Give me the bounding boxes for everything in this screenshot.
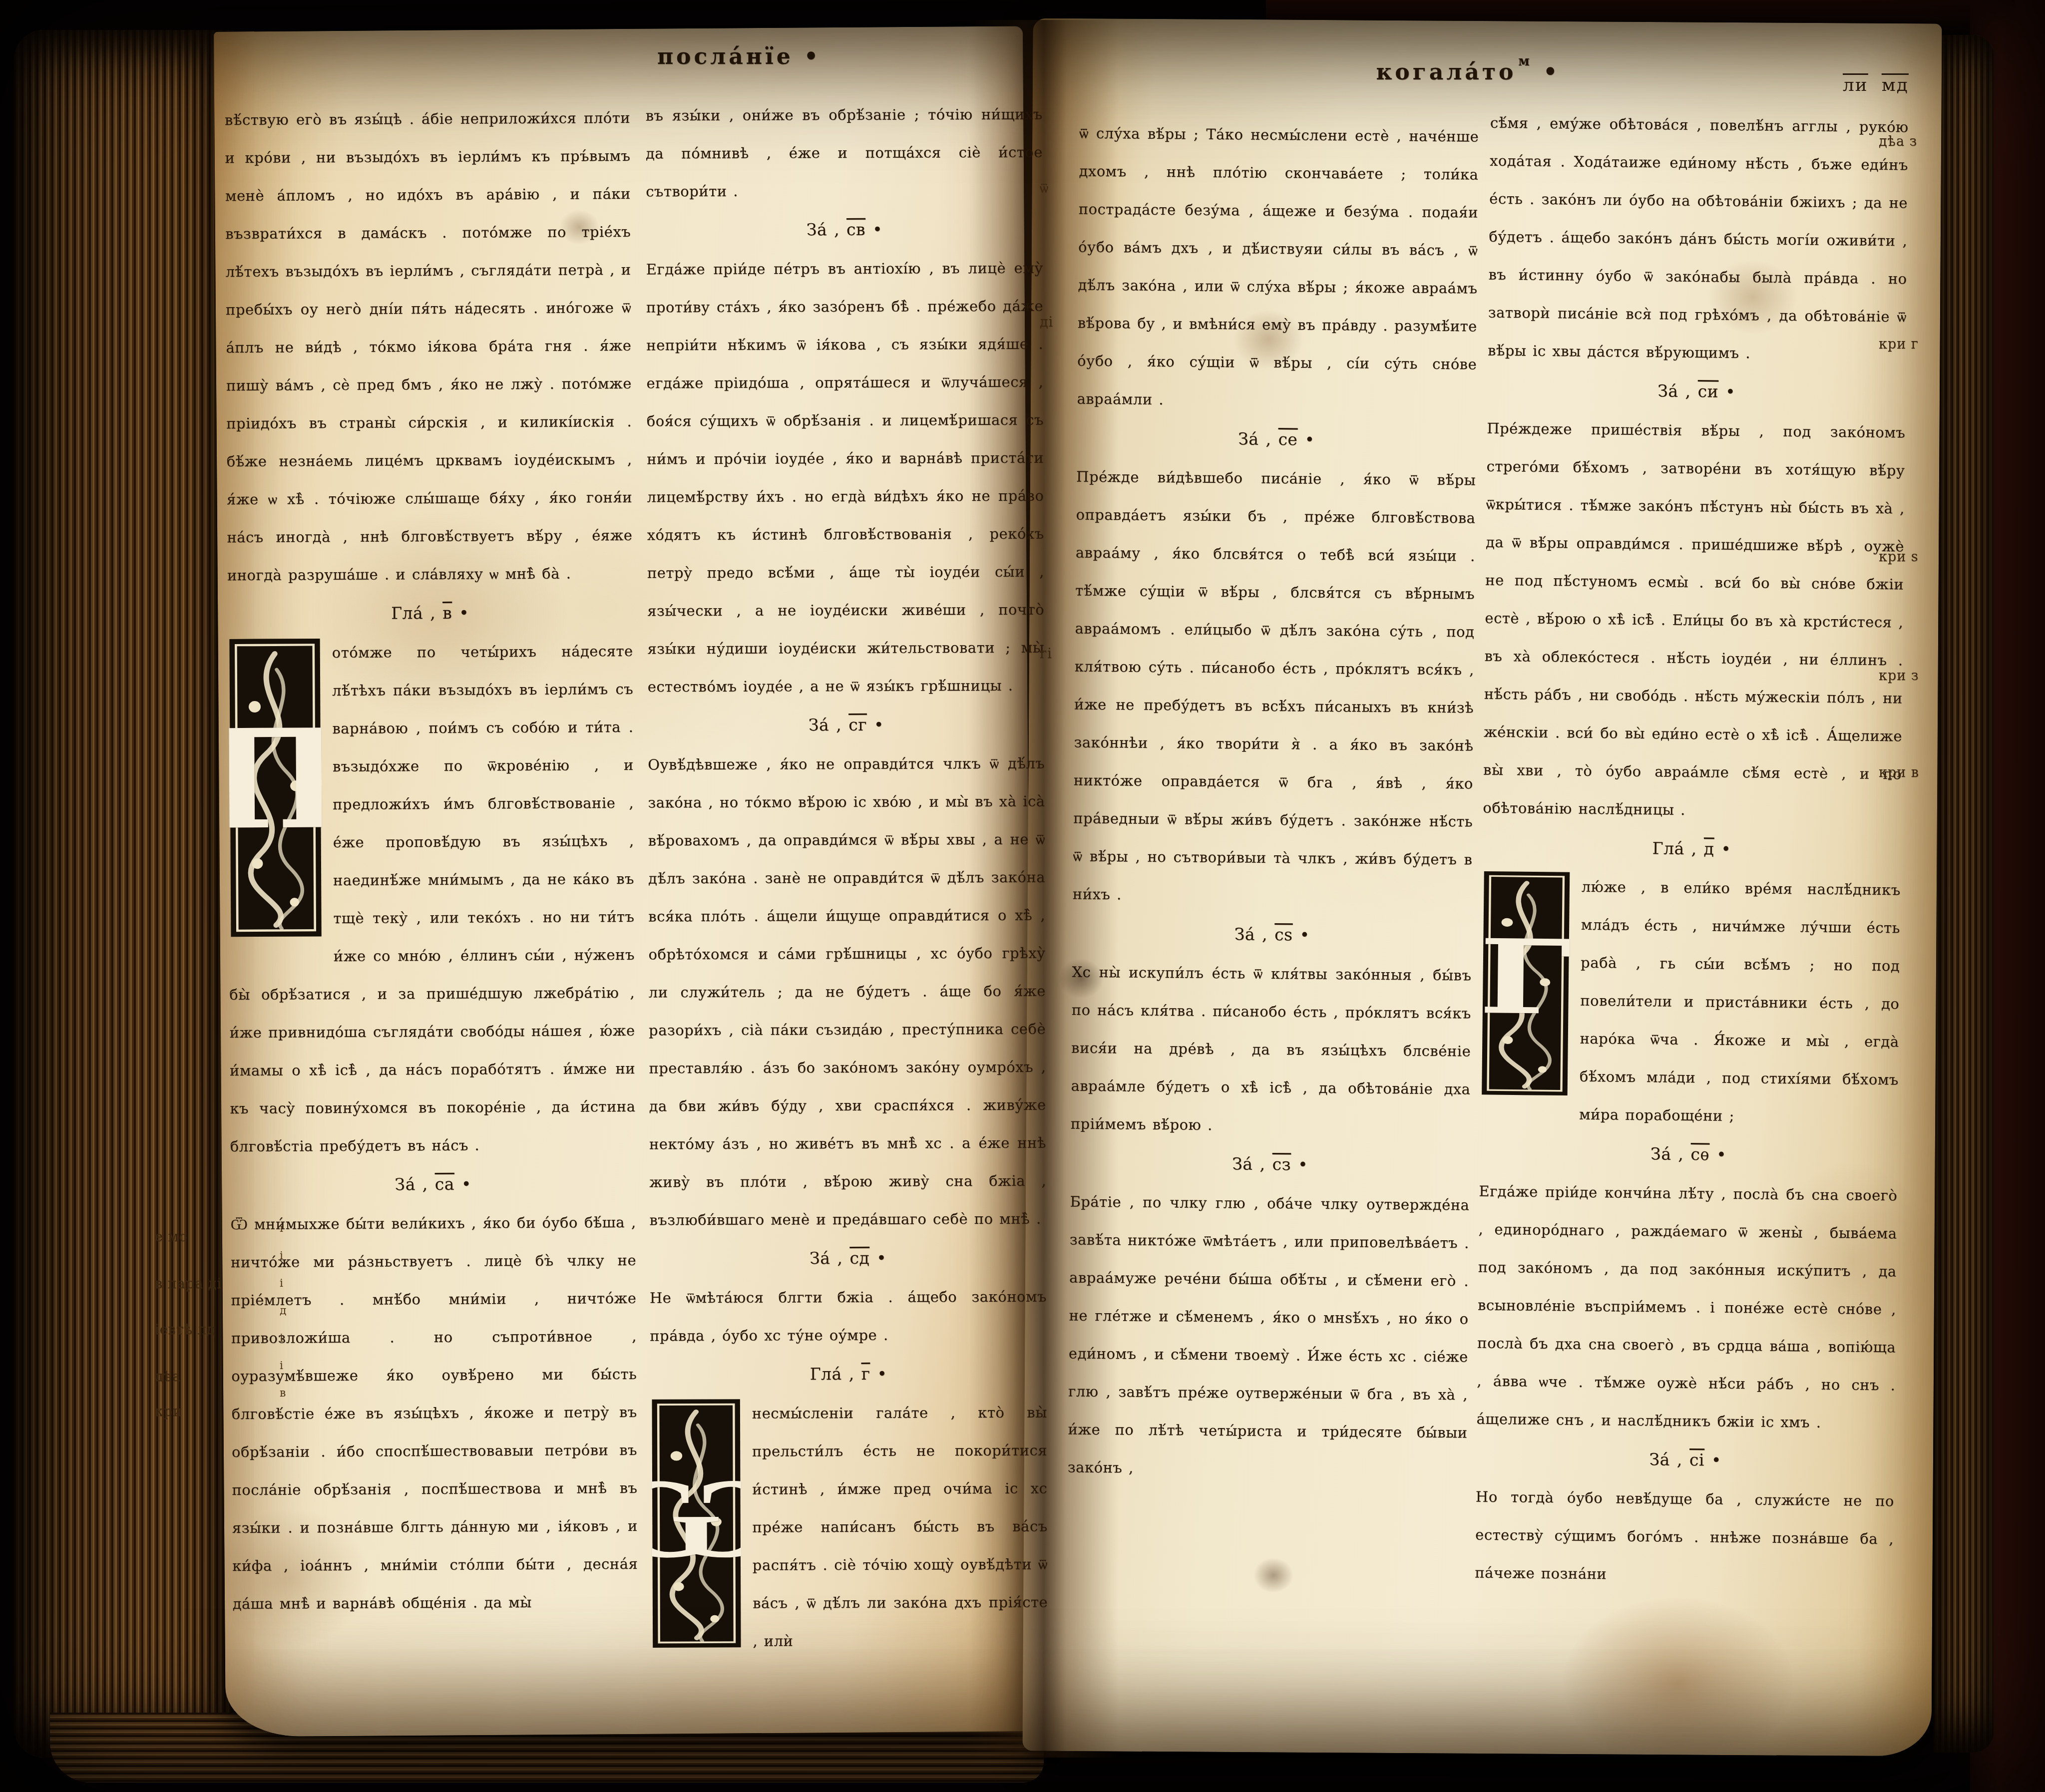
margin-tick: і bbox=[280, 1332, 287, 1345]
text-paragraph: вѣ́ствую его̀ въ язы́цѣ . а́біе неприлож… bbox=[225, 99, 633, 594]
left-page-column-2: въ язы́ки , они́же въ обрѣ́заніе ; то́чі… bbox=[646, 95, 1048, 1655]
margin-note: гі bbox=[1040, 646, 1052, 662]
margin-tick: і bbox=[280, 1360, 287, 1372]
margin-note: е мо bbox=[155, 1229, 188, 1245]
initial-paragraph: Глю́же , в ели́ко вре́мя наслѣ́дникъ мла… bbox=[1480, 867, 1901, 1137]
folio-mark-right: мд bbox=[1882, 75, 1909, 95]
margin-note: дѣа bbox=[155, 1369, 181, 1385]
text-paragraph: Бра́тіе , по члку глю , оба́че члку оутв… bbox=[1068, 1182, 1470, 1489]
folio-mark: ли мд bbox=[1843, 75, 1909, 95]
margin-note: кри bbox=[155, 1404, 182, 1420]
text-paragraph: въ язы́ки , они́же въ обрѣ́заніе ; то́чі… bbox=[646, 95, 1043, 211]
margin-note: кри з bbox=[1879, 668, 1919, 684]
zachalo-heading: За́ , св • bbox=[646, 210, 1043, 250]
svg-text:Ѡ: Ѡ bbox=[651, 1450, 742, 1584]
right-running-header-text: когала́то bbox=[1376, 59, 1517, 85]
woodcut-initial-Ѡ: Ѡ bbox=[651, 1399, 742, 1649]
chapter-heading: Гла́ , г • bbox=[650, 1355, 1047, 1394]
right-page-column-2: сѣ́мя , ему́же обѣтова́ся , повелѣ́нъ аг… bbox=[1474, 104, 1909, 1649]
book-photo: посла́нїе • когала́том • ли мд вѣ́ствую … bbox=[0, 0, 2045, 1792]
svg-text:Г: Г bbox=[1481, 916, 1571, 1038]
header-bullet: • bbox=[1543, 59, 1560, 85]
text-paragraph: Пре́ждеже прише́ствія вѣ́ры , под зако́н… bbox=[1483, 409, 1906, 831]
margin-note: ѿ bbox=[1040, 181, 1049, 196]
zachalo-heading: За́ , сз • bbox=[1070, 1143, 1470, 1185]
margin-note: кри г bbox=[1879, 337, 1919, 352]
zachalo-heading: За́ , се • bbox=[1077, 419, 1477, 460]
zachalo-heading: За́ , са • bbox=[230, 1164, 636, 1204]
left-margin-tick-column: ііідіів bbox=[280, 1222, 287, 1400]
margin-note: кри в bbox=[1879, 765, 1919, 780]
margin-tick: і bbox=[280, 1250, 287, 1262]
margin-note: іевтѣ лд bbox=[155, 1322, 215, 1338]
woodcut-initial-П: П bbox=[228, 638, 322, 938]
margin-note: ді bbox=[1040, 315, 1053, 330]
initial-paragraph: Ѡнесмы́сленіи гала́те , кто̀ вы̀ прельст… bbox=[650, 1394, 1048, 1655]
text-paragraph: Ѿ мни́мыхже бы́ти вели́кихъ , я́ко би о́… bbox=[230, 1203, 638, 1623]
zachalo-heading: За́ , сѕ • bbox=[1072, 914, 1472, 956]
initial-paragraph: Пото́мже по четы́рихъ на́десяте лѣ́тѣхъ … bbox=[227, 632, 636, 1165]
left-running-header: посла́нїе • bbox=[539, 44, 939, 69]
svg-text:П: П bbox=[228, 700, 322, 861]
margin-note: кри ѕ bbox=[1879, 549, 1919, 565]
margin-tick: в bbox=[280, 1387, 287, 1400]
zachalo-heading: За́ , сд • bbox=[650, 1239, 1047, 1278]
text-paragraph: Егда́же пріи́де кончи́на лѣ́ту , посла̀ … bbox=[1476, 1172, 1898, 1442]
zachalo-heading: За́ , сѳ • bbox=[1479, 1133, 1898, 1176]
folio-mark-left: ли bbox=[1843, 75, 1868, 95]
zachalo-heading: За́ , сі • bbox=[1476, 1439, 1895, 1481]
text-paragraph: Егда́же пріи́де пе́тръ въ антіохі́ю , въ… bbox=[646, 249, 1045, 706]
page-edges-right bbox=[1934, 35, 1994, 1753]
margin-tick: і bbox=[280, 1277, 287, 1290]
margin-note: дѣа з bbox=[1879, 134, 1917, 149]
zachalo-heading: За́ , сг • bbox=[648, 706, 1045, 745]
text-paragraph: ѿ слу́ха вѣ́ры ; Та́ко несмы́слени естѐ … bbox=[1077, 114, 1479, 421]
margin-tick: і bbox=[280, 1222, 287, 1235]
text-paragraph: сѣ́мя , ему́же обѣтова́ся , повелѣ́нъ аг… bbox=[1488, 104, 1909, 374]
text-paragraph: Не ѿмѣта́юся блгти бжіа . а́щебо зако́но… bbox=[650, 1278, 1047, 1355]
right-page-column-1: ѿ слу́ха вѣ́ры ; Та́ко несмы́слени естѐ … bbox=[1066, 114, 1479, 1663]
zachalo-heading: За́ , си • bbox=[1487, 370, 1906, 413]
right-running-header: когала́том • bbox=[1278, 54, 1658, 85]
margin-note: в пара ді bbox=[155, 1276, 222, 1292]
text-paragraph: Но тогда̀ о́убо невѣ́дуще ба , служи́сте… bbox=[1475, 1478, 1894, 1596]
right-running-header-superscript: м bbox=[1518, 54, 1533, 69]
woodcut-initial-Г: Г bbox=[1481, 871, 1571, 1096]
chapter-heading: Гла́ , д • bbox=[1482, 828, 1901, 870]
text-paragraph: Оувѣ́дѣвшеже , я́ко не оправди́тся члкъ … bbox=[648, 744, 1046, 1239]
page-edges-left bbox=[14, 30, 234, 1758]
left-page-column-1: вѣ́ствую его̀ въ язы́цѣ . а́біе неприлож… bbox=[225, 99, 638, 1656]
margin-tick: д bbox=[280, 1305, 287, 1317]
text-paragraph: Пре́жде ви́дѣвшебо писа́ніе , я́ко ѿ вѣ́… bbox=[1073, 458, 1476, 917]
chapter-heading: Гла́ , в • bbox=[227, 593, 633, 633]
text-paragraph: Хс ны̀ искупи́лъ е́сть ѿ кля́твы зако́нн… bbox=[1071, 953, 1472, 1146]
